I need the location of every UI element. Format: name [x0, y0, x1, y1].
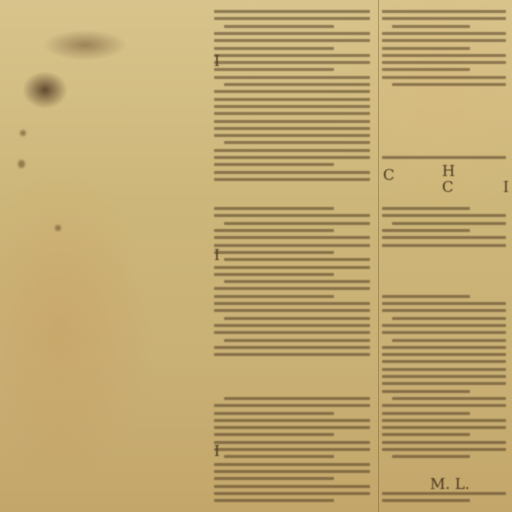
text-line — [392, 83, 506, 86]
text-line — [382, 404, 506, 407]
column-left — [212, 0, 376, 512]
text-line — [214, 477, 334, 480]
text-line — [382, 17, 506, 20]
text-line — [214, 214, 370, 217]
text-line — [214, 273, 334, 276]
text-line — [382, 368, 506, 371]
text-line — [382, 214, 506, 217]
text-line — [382, 207, 470, 210]
text-line — [224, 25, 334, 28]
text-line — [214, 331, 370, 334]
text-line — [214, 419, 370, 422]
text-line — [214, 412, 334, 415]
text-line — [214, 156, 370, 159]
text-line — [214, 353, 370, 356]
text-line — [214, 302, 370, 305]
text-line — [214, 32, 370, 35]
text-line — [214, 236, 370, 239]
text-line — [214, 98, 370, 101]
text-line — [382, 324, 506, 327]
text-line — [214, 229, 334, 232]
text-line — [382, 346, 506, 349]
text-line — [214, 127, 370, 130]
text-line — [214, 54, 370, 57]
text-line — [392, 317, 506, 320]
text-line — [214, 90, 370, 93]
text-line — [214, 207, 334, 210]
text-line — [382, 433, 470, 436]
text-line — [382, 76, 506, 79]
text-line — [382, 419, 506, 422]
text-line — [214, 404, 370, 407]
text-line — [214, 171, 370, 174]
text-line — [382, 412, 470, 415]
drop-cap: I — [214, 52, 220, 70]
text-line — [224, 455, 334, 458]
text-line — [214, 426, 370, 429]
text-line — [382, 229, 470, 232]
text-line — [214, 433, 334, 436]
text-line — [214, 485, 370, 488]
text-line — [392, 455, 470, 458]
text-line — [382, 156, 506, 159]
text-line — [214, 105, 370, 108]
text-line — [382, 10, 506, 13]
text-line — [214, 76, 370, 79]
text-line — [382, 360, 506, 363]
text-line — [214, 149, 370, 152]
text-line — [214, 244, 370, 247]
text-line — [382, 309, 506, 312]
column-rule — [378, 0, 379, 512]
text-line — [214, 499, 334, 502]
text-line — [224, 339, 370, 342]
text-line — [214, 492, 370, 495]
text-line — [224, 141, 370, 144]
text-line — [224, 258, 370, 261]
text-line — [382, 32, 506, 35]
text-line — [382, 61, 506, 64]
stain — [20, 130, 26, 136]
text-line — [382, 68, 470, 71]
drop-cap: I — [214, 442, 220, 460]
text-line — [214, 120, 370, 123]
text-line — [224, 222, 370, 225]
stain — [55, 225, 61, 231]
text-line — [214, 178, 370, 181]
text-line — [224, 317, 370, 320]
stain — [18, 160, 25, 168]
text-line — [392, 25, 470, 28]
text-line — [224, 280, 370, 283]
text-line — [214, 68, 334, 71]
text-line — [214, 309, 370, 312]
text-line — [214, 10, 370, 13]
heading-letter: I — [503, 178, 509, 196]
text-line — [382, 375, 506, 378]
text-line — [382, 54, 506, 57]
signature: M. L. — [430, 475, 470, 493]
text-line — [382, 244, 506, 247]
text-line — [214, 441, 370, 444]
text-line — [382, 353, 506, 356]
text-line — [382, 390, 470, 393]
text-line — [214, 39, 370, 42]
text-line — [214, 463, 370, 466]
text-line — [214, 163, 334, 166]
text-line — [382, 39, 506, 42]
text-line — [382, 295, 470, 298]
text-line — [214, 61, 370, 64]
text-line — [214, 47, 334, 50]
text-line — [382, 499, 470, 502]
text-line — [214, 287, 370, 290]
text-line — [214, 251, 334, 254]
text-line — [214, 470, 370, 473]
column-right — [380, 0, 512, 512]
heading-letter: C — [383, 166, 394, 184]
text-line — [214, 448, 370, 451]
text-line — [214, 295, 334, 298]
text-line — [382, 448, 506, 451]
text-line — [214, 17, 370, 20]
text-line — [382, 47, 470, 50]
text-line — [214, 324, 370, 327]
text-line — [382, 441, 506, 444]
text-line — [382, 331, 506, 334]
heading-letter: C — [442, 178, 453, 196]
text-line — [224, 397, 370, 400]
text-line — [214, 346, 370, 349]
text-line — [392, 397, 506, 400]
text-line — [382, 426, 506, 429]
text-line — [214, 112, 370, 115]
text-line — [382, 382, 506, 385]
drop-cap: I — [214, 246, 220, 264]
text-line — [392, 339, 506, 342]
text-line — [382, 302, 506, 305]
text-line — [214, 266, 370, 269]
text-line — [382, 236, 506, 239]
text-line — [224, 83, 370, 86]
text-line — [392, 222, 506, 225]
text-line — [214, 134, 370, 137]
